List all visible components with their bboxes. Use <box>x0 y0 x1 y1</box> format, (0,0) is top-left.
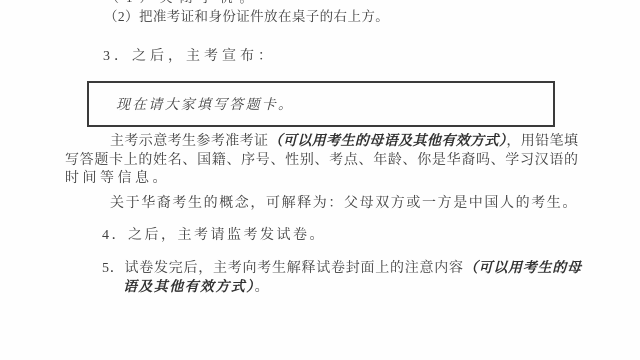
step-5-line1-bold: （可以用考生的母 <box>464 261 581 276</box>
para-fill-line1-bold: （可以用考生的母语及其他有效方式） <box>268 134 506 149</box>
para-fill-line1-tail: ，用铅笔填 <box>506 134 578 149</box>
announcement-text: 现在请大家填写答题卡。 <box>116 94 294 114</box>
prep-item-1-clipped: （1）关闭手机。 <box>106 0 260 7</box>
announcement-box: 现在请大家填写答题卡。 <box>87 81 555 127</box>
step-4-heading: 4．之后，主考请监考发试卷。 <box>102 227 326 245</box>
step-5-line1-regular: 5．试卷发完后，主考向考生解释试卷封面上的注意内容 <box>102 261 464 276</box>
step-5-line2-bold: 语及其他有效方式） <box>123 280 255 295</box>
step-5-line2-tail: 。 <box>255 280 270 295</box>
step-5-item: 5．试卷发完后，主考向考生解释试卷封面上的注意内容（可以用考生的母 语及其他有效… <box>102 260 581 297</box>
prep-item-2: （2）把准考证和身份证件放在桌子的右上方。 <box>104 8 389 26</box>
document-page: （1）关闭手机。 （2）把准考证和身份证件放在桌子的右上方。 3．之后，主考宣布… <box>0 0 640 360</box>
para-huayi-note: 关于华裔考生的概念，可解释为：父母双方或一方是中国人的考生。 <box>110 195 578 213</box>
step-5-line-2: 语及其他有效方式）。 <box>102 279 581 298</box>
para-fill-line1-regular: 主考示意考生参考准考证 <box>110 134 268 149</box>
para-fill-line-1: 主考示意考生参考准考证（可以用考生的母语及其他有效方式），用铅笔填 <box>65 133 578 152</box>
step-5-line-1: 5．试卷发完后，主考向考生解释试卷封面上的注意内容（可以用考生的母 <box>102 260 581 279</box>
para-fill-answer-card: 主考示意考生参考准考证（可以用考生的母语及其他有效方式），用铅笔填 写答题卡上的… <box>65 133 578 189</box>
para-fill-line-3: 时间等信息。 <box>65 170 578 189</box>
para-fill-line-2: 写答题卡上的姓名、国籍、序号、性别、考点、年龄、你是华裔吗、学习汉语的 <box>65 152 578 171</box>
step-3-heading: 3．之后，主考宣布： <box>103 48 276 66</box>
